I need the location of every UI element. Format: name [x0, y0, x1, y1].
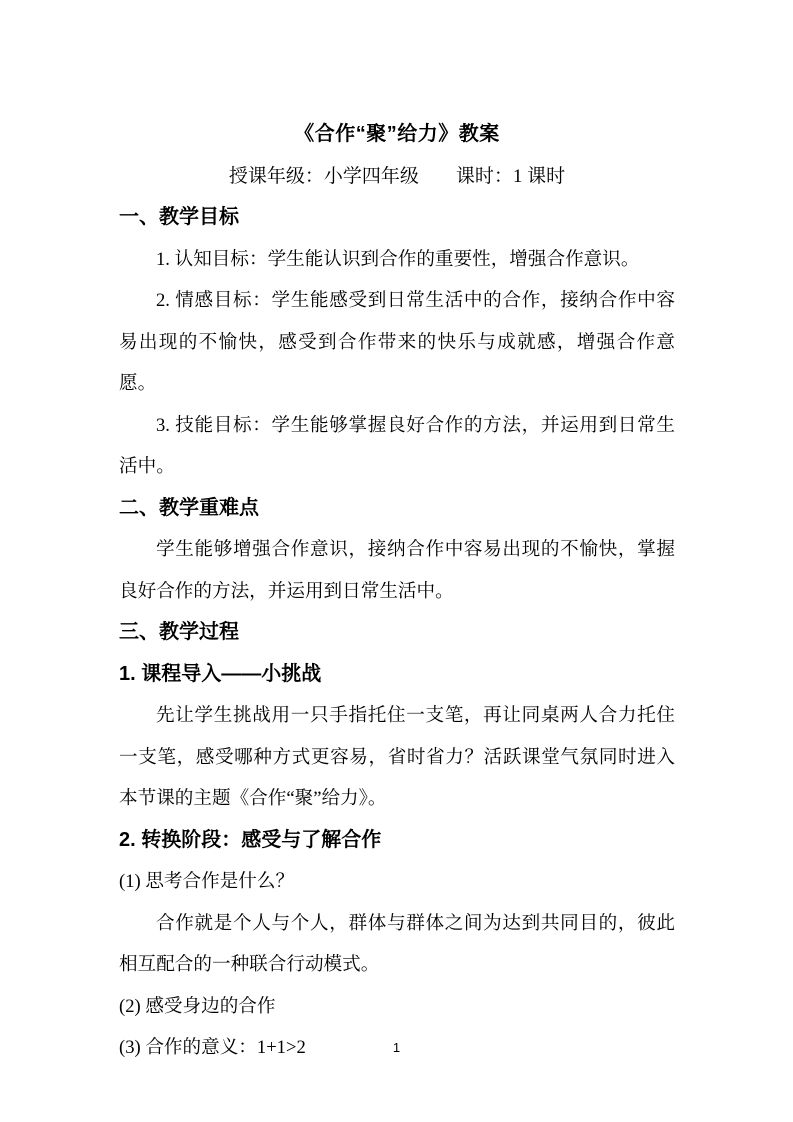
section-heading-key-points: 二、教学重难点 [119, 488, 675, 530]
paragraph-key-points: 学生能够增强合作意识，接纳合作中容易出现的不愉快，掌握良好合作的方法，并运用到日… [119, 529, 675, 612]
paragraph-objective-cognitive: 1. 认知目标：学生能认识到合作的重要性，增强合作意识。 [119, 239, 675, 281]
list-item-feel-cooperation: (2) 感受身边的合作 [119, 986, 675, 1028]
paragraph-cooperation-definition: 合作就是个人与个人，群体与群体之间为达到共同目的，彼此相互配合的一种联合行动模式… [119, 903, 675, 986]
paragraph-intro-challenge: 先让学生挑战用一只手指托住一支笔，再让同桌两人合力托住一支笔，感受哪种方式更容易… [119, 695, 675, 820]
section-heading-process: 三、教学过程 [119, 612, 675, 654]
section-heading-objectives: 一、教学目标 [119, 197, 675, 239]
doc-meta-line: 授课年级：小学四年级 课时：1 课时 [119, 156, 675, 198]
paragraph-objective-skill: 3. 技能目标：学生能够掌握良好合作的方法，并运用到日常生活中。 [119, 405, 675, 488]
page-number: 1 [0, 1038, 793, 1058]
doc-title: 《合作“聚”给力》教案 [119, 114, 675, 156]
subsection-heading-intro-challenge: 1. 课程导入——小挑战 [119, 654, 675, 696]
list-item-what-is-cooperation: (1) 思考合作是什么？ [119, 861, 675, 903]
document-page: 《合作“聚”给力》教案 授课年级：小学四年级 课时：1 课时 一、教学目标 1.… [0, 0, 793, 1122]
grade-label: 授课年级：小学四年级 [229, 156, 419, 198]
subsection-heading-transition: 2. 转换阶段：感受与了解合作 [119, 820, 675, 862]
paragraph-objective-emotional: 2. 情感目标：学生能感受到日常生活中的合作，接纳合作中容易出现的不愉快，感受到… [119, 280, 675, 405]
session-label: 课时：1 课时 [456, 156, 565, 198]
